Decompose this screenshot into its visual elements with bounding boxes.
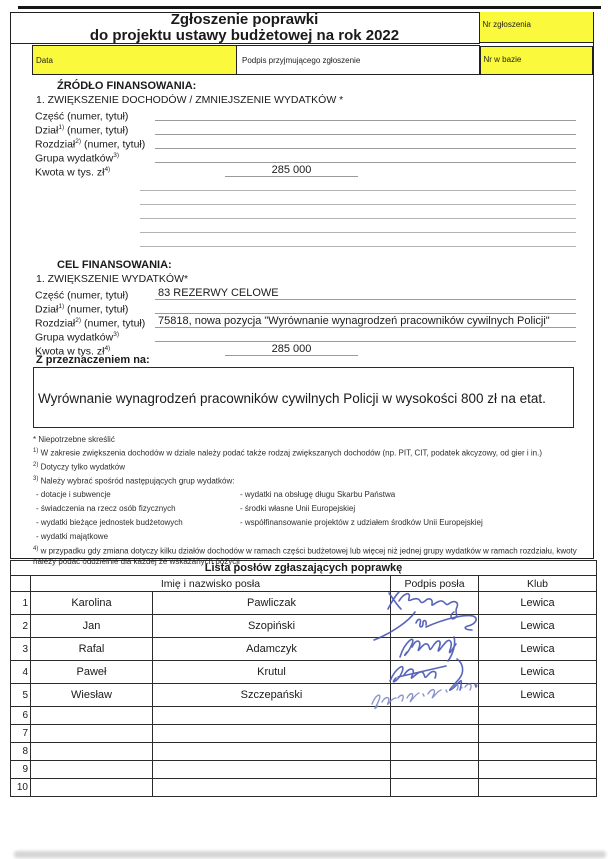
goal-section-heading: CEL FINANSOWANIA:	[57, 259, 172, 271]
expense-group-item: - wydatki bieżące jednostek budżetowych	[36, 518, 183, 527]
blank-rule-line	[140, 204, 576, 205]
data-field: Data	[32, 45, 237, 75]
mp-table-title: Lista posłów zgłaszających poprawkę	[11, 561, 597, 576]
podpis-przyjmujacego-field: Podpis przyjmującego zgłoszenie	[237, 45, 480, 75]
field-label: Grupa wydatków	[35, 152, 113, 164]
source-section-heading: ŹRÓDŁO FINANSOWANIA:	[57, 80, 196, 92]
field-label: Część	[35, 289, 64, 301]
expense-group-item: - dotacje i subwencje	[36, 490, 111, 499]
mp-row-3: 3RafalAdamczykLewica	[11, 638, 597, 661]
mp-col-name: Imię i nazwisko posła	[31, 576, 391, 592]
mp-col-signature: Podpis posła	[391, 576, 479, 592]
mp-row-10: 10	[11, 779, 597, 797]
signature-cell	[391, 761, 479, 779]
footnote-3: 3) Należy wybrać spośród następujących g…	[33, 476, 234, 486]
signature-cell	[391, 684, 479, 707]
signature-cell	[391, 615, 479, 638]
field-label: Grupa wydatków	[35, 331, 113, 343]
field-label: Rozdział	[35, 138, 75, 150]
expense-group-item: - wydatki majątkowe	[36, 532, 108, 541]
mp-col-club: Klub	[479, 576, 597, 592]
blank-rule-line	[140, 218, 576, 219]
field-value-line	[155, 162, 576, 163]
field-value-line	[155, 313, 576, 314]
field-value-line: 285 000	[225, 343, 358, 356]
goal-section-subheading: 1. ZWIĘKSZENIE WYDATKÓW*	[36, 273, 188, 285]
mp-row-7: 7	[11, 725, 597, 743]
field-value-line	[155, 120, 576, 121]
form-title-line2: do projektu ustawy budżetowej na rok 202…	[90, 28, 399, 44]
blank-rule-line	[140, 246, 576, 247]
purpose-label: Z przeznaczeniem na:	[36, 354, 150, 366]
goal-field-dzial: Dział1) (numer, tytuł)	[35, 301, 576, 315]
expense-group-item: - świadczenia na rzecz osób fizycznych	[36, 504, 176, 513]
field-label: Kwota w tys. zł	[35, 166, 104, 178]
footnote-star: * Niepotrzebne skreślić	[33, 435, 115, 444]
purpose-box: Wyrównanie wynagrodzeń pracowników cywil…	[33, 367, 574, 428]
field-label: Część	[35, 110, 64, 122]
field-value-line	[155, 134, 576, 135]
signature-cell	[391, 638, 479, 661]
field-label: Dział	[35, 124, 58, 136]
expense-group-item: - środki własne Unii Europejskiej	[240, 504, 355, 513]
field-value-line: 285 000	[225, 164, 358, 177]
footnote-2: 2) Dotyczy tylko wydatków	[33, 462, 125, 472]
nr-zgloszenia-field: Nr zgłoszenia	[480, 12, 593, 43]
goal-field-rozdzial: Rozdział2) (numer, tytuł) 75818, nowa po…	[35, 315, 576, 329]
field-value-line: 83 REZERWY CELOWE	[155, 287, 576, 300]
signature-cell	[391, 743, 479, 761]
blank-rule-line	[140, 232, 576, 233]
field-label: Dział	[35, 303, 58, 315]
signature-cell	[391, 779, 479, 797]
blank-rule-line	[140, 190, 576, 191]
source-field-rozdzial: Rozdział2) (numer, tytuł)	[35, 136, 576, 150]
mp-row-5: 5WiesławSzczepańskiLewica	[11, 684, 597, 707]
field-value-line	[155, 148, 576, 149]
goal-field-grupa: Grupa wydatków3)	[35, 329, 576, 343]
mp-list-table: Lista posłów zgłaszających poprawkę Imię…	[10, 560, 597, 797]
field-value-line: 75818, nowa pozycja "Wyrównanie wynagrod…	[155, 315, 576, 328]
nr-zgloszenia-label: Nr zgłoszenia	[483, 20, 531, 29]
amendment-form-page: Zgłoszenie poprawki do projektu ustawy b…	[0, 0, 608, 859]
source-field-kwota: Kwota w tys. zł4) 285 000	[35, 164, 576, 178]
mp-row-8: 8	[11, 743, 597, 761]
data-label: Data	[36, 56, 53, 65]
field-value-line	[155, 341, 576, 342]
expense-group-item: - współfinansowanie projektów z udziałem…	[240, 518, 483, 527]
goal-field-czesc: Część (numer, tytuł) 83 REZERWY CELOWE	[35, 287, 576, 301]
signature-cell	[391, 661, 479, 684]
podpis-przyjmujacego-label: Podpis przyjmującego zgłoszenie	[242, 56, 360, 65]
signature-cell	[391, 725, 479, 743]
field-label: Rozdział	[35, 317, 75, 329]
mp-row-9: 9	[11, 761, 597, 779]
form-title-line1: Zgłoszenie poprawki	[171, 12, 319, 28]
nr-w-bazie-field: Nr w bazie	[480, 46, 593, 75]
source-field-grupa: Grupa wydatków3)	[35, 150, 576, 164]
source-section-subheading: 1. ZWIĘKSZENIE DOCHODÓW / ZMNIEJSZENIE W…	[36, 94, 343, 106]
mp-row-1: 1KarolinaPawliczakLewica	[11, 592, 597, 615]
scan-artifact-bottom-band	[14, 851, 606, 858]
signature-cell	[391, 707, 479, 725]
source-field-dzial: Dział1) (numer, tytuł)	[35, 122, 576, 136]
mp-row-6: 6	[11, 707, 597, 725]
footnote-1: 1) W zakresie zwiększenia dochodów w dzi…	[33, 448, 542, 458]
nr-w-bazie-label: Nr w bazie	[484, 55, 522, 64]
signature-cell	[391, 592, 479, 615]
mp-row-2: 2JanSzopińskiLewica	[11, 615, 597, 638]
source-field-czesc: Część (numer, tytuł)	[35, 108, 576, 122]
mp-row-4: 4PawełKrutulLewica	[11, 661, 597, 684]
scan-artifact-top-line	[18, 6, 601, 9]
mp-col-nr	[11, 576, 31, 592]
expense-group-item: - wydatki na obsługę długu Skarbu Państw…	[240, 490, 395, 499]
form-title: Zgłoszenie poprawki do projektu ustawy b…	[10, 12, 480, 44]
